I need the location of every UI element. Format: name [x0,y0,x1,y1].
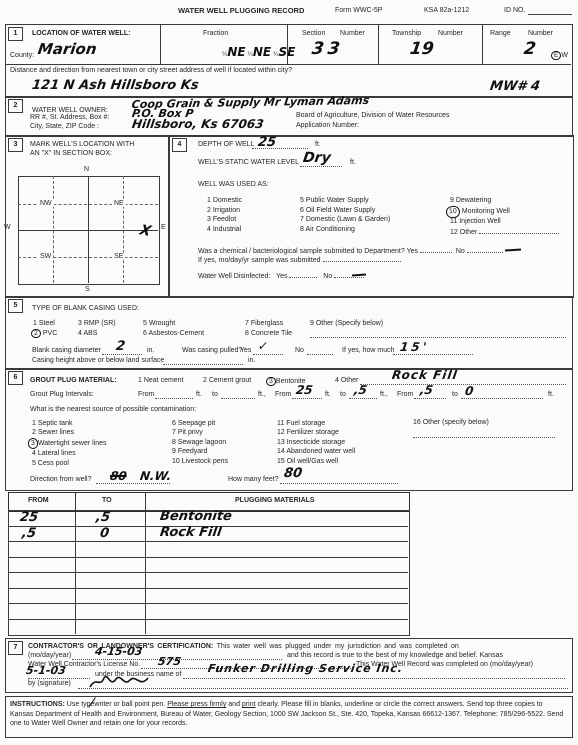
distance-label: Distance and direction from nearest town… [10,67,292,74]
interval2-from: 25 [295,383,314,397]
compass-ne: NE [112,200,126,207]
section-6-number: 6 [8,371,23,385]
range-col-label: Range [490,30,511,37]
disinfected-line: Water Well Disinfected: Yes No [198,271,364,280]
table-row-line [8,572,408,573]
record-date-value: 5-1-03 [25,664,67,677]
water-well-plugging-record-form: WATER WELL PLUGGING RECORD Form WWC-5P K… [0,0,578,745]
compass-sw: SW [38,253,53,260]
feet-value: 80 [283,466,303,481]
inches-unit: in. [147,347,154,354]
dotted-leader [221,397,255,399]
contamination-other: 16 Other (specify below) [413,419,489,426]
dotted-leader [323,255,401,262]
section-7-number: 7 [8,641,23,655]
section-3-title2: AN "X" IN SECTION BOX: [30,150,112,157]
east-circled: E [551,51,562,61]
cert-moday-label: (mo/day/year) [28,652,71,659]
dotted-leader [28,677,90,679]
instructions-text: INSTRUCTIONS: Use typewriter or ball poi… [10,700,566,729]
no-label: No [295,347,304,354]
dotted-leader [310,336,566,338]
cert-line-1: CONTRACTOR'S OR LANDOWNER'S CERTIFICATIO… [28,643,459,650]
casing-pulled-check: ✓ [257,339,269,353]
casing-height-label: Casing height above or below land surfac… [32,357,164,364]
instructions-label: INSTRUCTIONS: [10,701,65,708]
form-number: Form WWC-5P [335,7,382,14]
city-label: City, State, ZIP Code : [30,123,99,130]
from-label: From [138,391,154,398]
casing-option: 4 ABS [78,330,97,337]
section-5-title: TYPE OF BLANK CASING USED: [32,305,139,312]
dotted-leader [155,397,193,399]
table-row-line [8,557,408,558]
township-value: 19 [409,39,435,59]
table-row-line [8,588,408,589]
row1-from: 25 [19,510,39,525]
id-label: ID NO. [504,7,525,14]
compass-nw: NW [38,200,54,207]
dotted-leader [349,397,377,399]
interval3-from: ,5 [419,383,434,397]
section-1-number: 1 [8,27,23,41]
township-col-label: Township [392,30,421,37]
chem-sample-question: Was a chemical / bacteriological sample … [198,246,503,255]
range-east-west: EW [551,51,568,60]
casing-option: 8 Concrete Tile [245,330,292,337]
uses-column-1: 1 Domestic 2 Irrigation 3 Feedlot 4 Indu… [207,196,242,234]
uses-column-3: 9 Dewatering 10 Monitoring Well 11 Injec… [450,196,559,237]
divider [378,24,379,64]
feet-unit: ft. [196,391,202,398]
section-4-number: 4 [172,138,187,152]
uses-column-2: 5 Public Water Supply 6 Oil Field Water … [300,196,390,234]
section-3-title: MARK WELL'S LOCATION WITH [30,141,134,148]
statute-ref: KSA 82a-1212 [424,7,469,14]
grout-option: 2 Cement grout [203,377,251,384]
depth-value: 25 [257,135,277,150]
contamination-column-3: 11 Fuel storage 12 Fertilizer storage 13… [277,419,355,466]
divider [482,24,483,64]
intervals-label: Grout Plug Intervals: [30,391,94,398]
casing-option: 6 Asbestos-Cement [143,330,204,337]
compass-center-line [18,230,158,231]
table-row-line [8,619,408,620]
how-many-feet-label: How many feet? [228,476,279,483]
feet-unit: ft., [258,391,266,398]
table-row-line [8,603,408,604]
owner-label: WATER WELL OWNER: [32,107,108,114]
table-row-line [8,541,408,542]
compass-south: S [85,286,90,293]
compass-north: N [84,166,89,173]
dotted-leader [183,677,565,679]
feet-unit: ft. [548,391,554,398]
section-5-number: 5 [8,299,23,313]
row1-to: ,5 [95,510,111,525]
to-label: to [340,391,346,398]
dotted-leader [461,397,543,399]
compass-se: SE [112,253,125,260]
feet-unit: ft., [380,391,388,398]
dotted-leader [467,246,503,253]
casing-option-pvc: 2 PVC [31,329,57,338]
section-3-number: 3 [8,138,23,152]
chem-sample-date-line: If yes, mo/day/yr sample was submitted [198,255,401,264]
static-level-value: Dry [302,150,332,166]
direction-struck-value: 80 [109,469,128,483]
depth-label: DEPTH OF WELL [198,141,254,148]
used-as-label: WELL WAS USED AS: [198,181,269,188]
grout-other-value: Rock Fill [391,368,459,382]
grout-option: 1 Neat cement [138,377,184,384]
how-much-label: If yes, how much [342,347,395,354]
signature-label: by (signature) [28,680,71,687]
compass-west: W [4,224,11,231]
license-value: 575 [157,655,182,668]
casing-pulled-label: Was casing pulled? [182,347,242,354]
board-label: Board of Agriculture, Division of Water … [296,112,449,119]
circled-2-pvc: 2 [31,329,42,339]
materials-header: PLUGGING MATERIALS [235,497,315,504]
to-header: TO [102,497,112,504]
casing-diameter-label: Blank casing diameter [32,347,101,354]
casing-option: 7 Fiberglass [245,320,283,327]
to-label: to [452,391,458,398]
id-blank-line [528,14,572,15]
dotted-leader [289,271,317,278]
from-header: FROM [28,497,49,504]
number-col-label: Number [528,30,553,37]
dotted-leader [307,353,333,355]
divider [5,64,571,65]
dotted-leader [360,383,566,385]
compass-east: E [161,224,166,231]
direction-label: Direction from well? [30,476,91,483]
circled-3-bentonite: 3 [266,377,277,387]
cert-line-2: and this record is true to the best of m… [287,652,503,659]
row2-from: ,5 [21,526,37,541]
casing-option: 3 RMP (SR) [78,320,116,327]
number-col-label: Number [438,30,463,37]
section-value: 33 [311,39,345,59]
dotted-leader [280,482,398,484]
contamination-label: What is the nearest source of possible c… [30,406,196,413]
section-1-title: LOCATION OF WATER WELL: [32,30,131,37]
county-value: Marion [37,40,98,58]
signature-scribble [88,674,158,690]
contamination-column-2: 6 Seepage pit 7 Pit privy 8 Sewage lagoo… [172,419,228,466]
dotted-leader [292,397,322,399]
circled-3-watertight: 3 [28,437,39,449]
casing-option: 1 Steel [33,320,55,327]
static-level-label: WELL'S STATIC WATER LEVEL [198,159,299,166]
feet-unit: ft. [350,159,356,166]
form-title: WATER WELL PLUGGING RECORD [178,6,304,15]
direction-value: N.W. [139,469,172,483]
row1-material: Bentonite [159,509,233,524]
feet-unit: ft. [315,141,321,148]
dotted-leader [253,353,283,355]
county-label: County: [10,52,34,59]
contamination-column-1: 1 Septic tank 2 Sewer lines 3Watertight … [32,419,107,468]
inches-unit: in. [248,357,255,364]
from-label: From [275,391,291,398]
how-much-value: 15' [399,340,430,354]
row2-material: Rock Fill [159,525,223,540]
dotted-leader [420,246,452,253]
casing-option: 9 Other (Specify below) [310,320,383,327]
yes-label: Yes [240,347,251,354]
dotted-leader [413,436,555,438]
application-number-label: Application Number: [296,122,359,129]
to-label: to [212,391,218,398]
dotted-leader [163,363,243,365]
distance-value: 121 N Ash Hillsboro Ks [31,78,200,93]
city-value: Hillsboro, Ks 67063 [131,117,265,131]
feet-unit: ft. [325,391,331,398]
completed-date-value: 4-15-03 [94,645,143,658]
well-name-value: MW# 4 [489,79,541,94]
section-6-title: GROUT PLUG MATERIAL: [30,377,117,384]
fraction-value: ¼NE ¼NE ¼SE [222,45,295,59]
dotted-leader [479,227,559,234]
address-label: RR #, St. Address, Box #: [30,114,109,121]
divider [160,24,161,64]
interval2-to: ,5 [353,383,368,397]
from-label: From [397,391,413,398]
business-name-value: Funker Drilling Service Inc. [207,662,404,675]
dotted-leader [414,397,446,399]
fraction-label: Fraction [203,30,228,37]
section-2-number: 2 [8,99,23,113]
section-col-label: Section [302,30,325,37]
casing-option: 5 Wrought [143,320,175,327]
number-col-label: Number [340,30,365,37]
circled-10-monitoring-well: 10 [446,205,461,218]
